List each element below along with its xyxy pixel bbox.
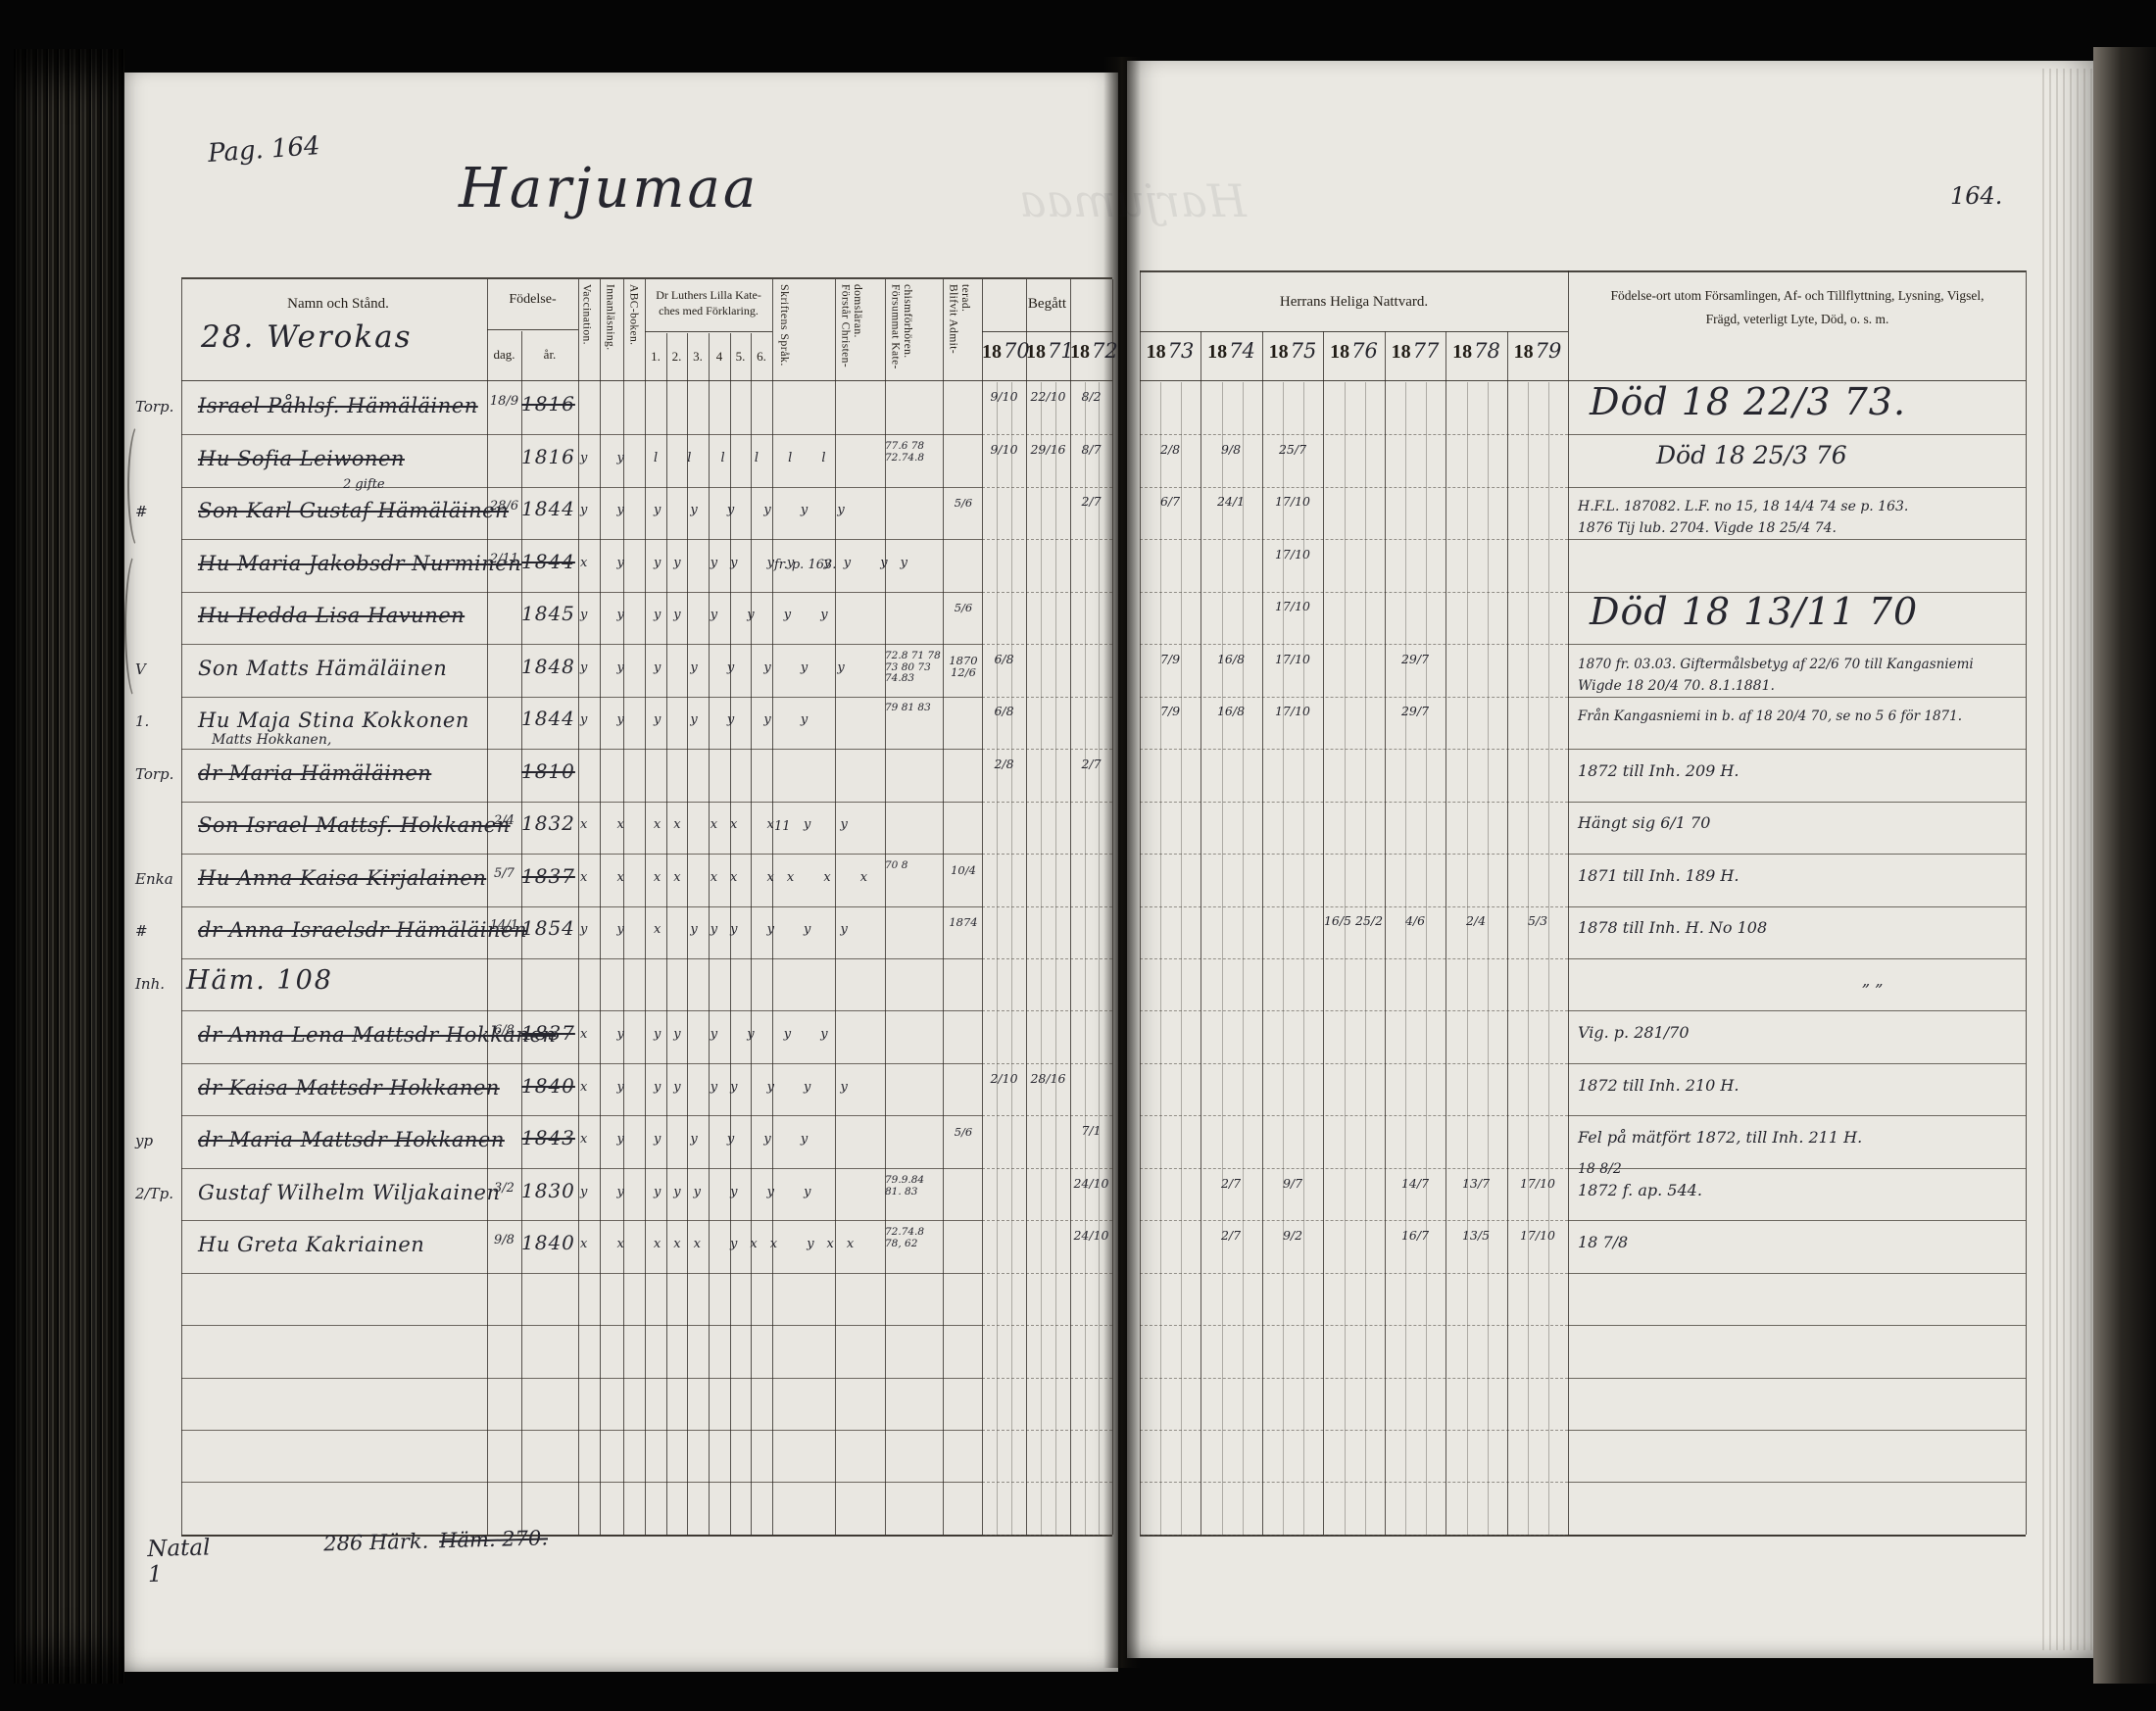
catechism-marks: y y yyy y y y bbox=[580, 1185, 900, 1199]
birth-day: 28/6 bbox=[487, 499, 521, 513]
admitted-mark: 5/6 bbox=[943, 602, 984, 613]
birth-day: 6/8 bbox=[487, 1023, 521, 1038]
birth-year: 1845 bbox=[521, 602, 578, 625]
communion-1876: 16/5 25/2 bbox=[1323, 914, 1384, 927]
communion-1873: 2/8 bbox=[1140, 443, 1200, 456]
birth-day: 2/4 bbox=[487, 813, 521, 828]
communion-1872: 2/7 bbox=[1070, 495, 1112, 508]
note: Hängt sig 6/1 70 bbox=[1578, 813, 1710, 832]
script-note: fr. p. 163. bbox=[774, 558, 836, 572]
admitted-mark: 5/6 bbox=[943, 497, 984, 509]
catechism-marks: x y yy y y y y bbox=[580, 1027, 900, 1042]
column-header-birth-day: dag. bbox=[487, 347, 521, 363]
year-printed: 18 bbox=[1070, 341, 1090, 363]
note: 1870 fr. 03.03. Giftermålsbetyg af 22/6 … bbox=[1578, 657, 1974, 672]
note: 1878 till Inh. H. No 108 bbox=[1578, 918, 1767, 937]
missed-exams: 77.6 78 72.74.8 bbox=[885, 441, 942, 464]
communion-1874: 2/7 bbox=[1200, 1229, 1261, 1242]
note: 1871 till Inh. 189 H. bbox=[1578, 866, 1739, 885]
table-row: Torp. dr Maria Hämäläinen 1810 2/8 2/7 1… bbox=[127, 754, 2048, 806]
communion-1870: 2/10 bbox=[982, 1072, 1026, 1085]
table-row: Hu Greta Kakriainen 9/8 1840 x x xxx yxx… bbox=[127, 1225, 2048, 1277]
communion-1877: 16/7 bbox=[1385, 1229, 1445, 1242]
year-printed: 18 bbox=[1452, 341, 1472, 363]
catechism-marks: y y y y y y y y bbox=[580, 503, 900, 517]
footer-text: Häm. 270. bbox=[439, 1526, 548, 1552]
year-header-1877: 1877 bbox=[1385, 339, 1445, 364]
column-header-understands: Förstår Christen- domsläran. bbox=[839, 284, 885, 378]
communion-1871: 28/16 bbox=[1026, 1072, 1070, 1085]
margin-note: V bbox=[135, 660, 146, 678]
person-name: Hu Hedda Lisa Havunen bbox=[198, 604, 465, 627]
missed-exams: 70 8 bbox=[885, 860, 942, 872]
column-header-birth: Födelse- bbox=[487, 292, 578, 308]
birth-year: 1848 bbox=[521, 655, 578, 678]
birth-year: 1840 bbox=[521, 1231, 578, 1254]
column-header-vaccination: Vaccination. bbox=[580, 284, 602, 378]
table-row: 2/Tp. Gustaf Wilhelm Wiljakainen 3/2 183… bbox=[127, 1173, 2048, 1225]
margin-note: # bbox=[135, 922, 148, 940]
note: 1872 till Inh. 210 H. bbox=[1578, 1076, 1739, 1095]
footer-text: Natal 1 bbox=[147, 1535, 211, 1588]
margin-note: 1. bbox=[135, 712, 149, 730]
birth-year: 1816 bbox=[521, 445, 578, 468]
year-printed: 18 bbox=[982, 341, 1002, 363]
column-header-reading: Innanläsning. bbox=[604, 284, 625, 378]
table-row: Hu Maria Jakobsdr Nurminen 2/11 1844 x y… bbox=[127, 544, 2048, 596]
table-row: dr Kaisa Mattsdr Hokkanen 1840 x y yy yy… bbox=[127, 1068, 2048, 1120]
year-script: 75 bbox=[1291, 339, 1317, 363]
year-header-1874: 1874 bbox=[1200, 339, 1262, 364]
book-fore-edge bbox=[14, 49, 125, 1684]
communion-1870: 6/8 bbox=[982, 653, 1026, 665]
birth-year: 1837 bbox=[521, 864, 578, 888]
year-header-1876: 1876 bbox=[1323, 339, 1385, 364]
communion-1870: 2/8 bbox=[982, 758, 1026, 770]
table-row: Son Israel Mattsf. Hokkanen 2/4 1832 x x… bbox=[127, 806, 2048, 857]
margin-note: Torp. bbox=[135, 398, 173, 416]
person-name: Israel Påhlsf. Hämäläinen bbox=[198, 394, 478, 417]
table-line bbox=[982, 1325, 1112, 1326]
communion-1877: 29/7 bbox=[1385, 653, 1445, 665]
person-name: dr Kaisa Mattsdr Hokkanen bbox=[198, 1076, 500, 1100]
page-title: Harjumaa bbox=[459, 157, 759, 220]
person-name: Hu Maria Jakobsdr Nurminen bbox=[198, 552, 521, 575]
table-row: dr Anna Lena Mattsdr Hokkanen 6/8 1837 x… bbox=[127, 1015, 2048, 1067]
communion-1878: 2/4 bbox=[1445, 914, 1506, 927]
birth-year: 1844 bbox=[521, 497, 578, 520]
table-row: Hu Sofia Leiwonen 1816 y y l l l l l l 7… bbox=[127, 439, 2048, 491]
communion-1874: 9/8 bbox=[1200, 443, 1261, 456]
table-line bbox=[181, 277, 1112, 279]
communion-1874: 16/8 bbox=[1200, 653, 1261, 665]
column-header-abc: ABC-boken. bbox=[627, 284, 647, 378]
year-script: 78 bbox=[1474, 339, 1500, 363]
birth-day: 2/11 bbox=[487, 552, 521, 566]
communion-1875: 17/10 bbox=[1262, 653, 1323, 665]
communion-1872: 24/10 bbox=[1070, 1177, 1112, 1190]
person-name: Son Israel Mattsf. Hokkanen bbox=[198, 813, 511, 837]
luther-part-5: 5. bbox=[730, 349, 751, 365]
year-script: 72 bbox=[1092, 339, 1118, 363]
communion-1879: 17/10 bbox=[1507, 1177, 1568, 1190]
catechism-marks: x y yy yy y y y bbox=[580, 1080, 900, 1095]
birth-year: 1843 bbox=[521, 1126, 578, 1149]
column-header-notes-2: Frägd, veterligt Lyte, Död, o. s. m. bbox=[1572, 312, 2023, 327]
table-line bbox=[645, 331, 772, 332]
catechism-marks: y y y y y y y bbox=[580, 712, 900, 727]
luther-part-1: 1. bbox=[645, 349, 666, 365]
margin-note: Enka bbox=[135, 870, 173, 888]
death-note: Död 18 25/3 76 bbox=[1656, 441, 1847, 469]
communion-1875: 17/10 bbox=[1262, 548, 1323, 561]
communion-1872: 8/2 bbox=[1070, 390, 1112, 403]
section-heading-row: Inh. Häm. 108 „ „ bbox=[127, 963, 2048, 1015]
footer-text: 286 Härk. bbox=[323, 1530, 429, 1556]
year-script: 73 bbox=[1168, 339, 1195, 363]
year-printed: 18 bbox=[1392, 341, 1411, 363]
catechism-marks: y y l l l l l l bbox=[580, 451, 900, 465]
missed-exams: 79 81 83 bbox=[885, 703, 942, 714]
birth-year: 1854 bbox=[521, 916, 578, 940]
communion-1872: 7/1 bbox=[1070, 1124, 1112, 1137]
communion-1875: 9/7 bbox=[1262, 1177, 1323, 1190]
interlinear-note: 2 gifte bbox=[343, 477, 385, 492]
margin-note: # bbox=[135, 503, 148, 520]
note: 1872 till Inh. 209 H. bbox=[1578, 761, 1739, 780]
catechism-marks: x x xx xx x y y bbox=[580, 817, 900, 832]
column-header-nattvard: Herrans Heliga Nattvard. bbox=[1140, 294, 1568, 311]
communion-1873: 6/7 bbox=[1140, 495, 1200, 508]
note: Wigde 18 20/4 70. 8.1.1881. bbox=[1578, 678, 1775, 694]
year-printed: 18 bbox=[1514, 341, 1534, 363]
year-header-1878: 1878 bbox=[1445, 339, 1507, 364]
column-header-birth-year: år. bbox=[521, 347, 578, 363]
table-line bbox=[181, 1482, 982, 1483]
table-line bbox=[1140, 1535, 2026, 1537]
communion-1872: 8/7 bbox=[1070, 443, 1112, 456]
table-line bbox=[1140, 1482, 1568, 1483]
table-row: V Son Matts Hämäläinen 1848 y y y y y y … bbox=[127, 649, 2048, 701]
note: 18 8/2 bbox=[1578, 1161, 1622, 1177]
table-row: Hu Hedda Lisa Havunen 1845 y y yy y y y … bbox=[127, 596, 2048, 648]
table-line bbox=[181, 1378, 982, 1379]
column-header-luther-1: Dr Luthers Lilla Kate- bbox=[645, 288, 772, 303]
spouse-note: Matts Hokkanen, bbox=[212, 732, 331, 748]
birth-day: 9/8 bbox=[487, 1233, 521, 1247]
year-printed: 18 bbox=[1147, 341, 1166, 363]
page-number: 164. bbox=[1950, 182, 2002, 210]
table-line bbox=[982, 1378, 1112, 1379]
table-line bbox=[1140, 270, 2026, 272]
table-line bbox=[1568, 1378, 2026, 1379]
birth-year: 1840 bbox=[521, 1074, 578, 1098]
note: 18 7/8 bbox=[1578, 1233, 1628, 1251]
note: Fel på mätfört 1872, till Inh. 211 H. bbox=[1578, 1128, 1862, 1147]
person-name: Son Karl Gustaf Hämäläinen bbox=[198, 499, 509, 522]
bleed-through-title: Harjumaa bbox=[1019, 174, 1247, 227]
year-script: 74 bbox=[1229, 339, 1255, 363]
communion-1877: 4/6 bbox=[1385, 914, 1445, 927]
year-script: 76 bbox=[1351, 339, 1378, 363]
missed-exams: 72.8 71 78 73 80 73 74.83 bbox=[885, 651, 942, 685]
table-line bbox=[181, 1325, 982, 1326]
table-line bbox=[1568, 1482, 2026, 1483]
birth-year: 1844 bbox=[521, 707, 578, 730]
communion-1875: 17/10 bbox=[1262, 600, 1323, 612]
year-script: 79 bbox=[1536, 339, 1562, 363]
year-header-1875: 1875 bbox=[1262, 339, 1323, 364]
note: Vig. p. 281/70 bbox=[1578, 1023, 1690, 1042]
communion-1875: 9/2 bbox=[1262, 1229, 1323, 1242]
column-header-luther-2: ches med Förklaring. bbox=[645, 304, 772, 318]
communion-1870: 9/10 bbox=[982, 443, 1026, 456]
admitted-mark: 1874 bbox=[943, 916, 984, 928]
person-name: Son Matts Hämäläinen bbox=[198, 657, 447, 680]
section-heading: Häm. 108 bbox=[186, 965, 333, 996]
year-script: 77 bbox=[1413, 339, 1440, 363]
communion-1872: 2/7 bbox=[1070, 758, 1112, 770]
year-header-1872: 1872 bbox=[1070, 339, 1112, 364]
year-header-1871: 1871 bbox=[1026, 339, 1070, 364]
admitted-mark: 1870 12/6 bbox=[943, 655, 984, 678]
birth-year: 1830 bbox=[521, 1179, 578, 1202]
communion-1879: 5/3 bbox=[1507, 914, 1568, 927]
page-edge-fan bbox=[2042, 69, 2095, 1650]
table-line bbox=[1140, 1378, 1568, 1379]
year-header-1873: 1873 bbox=[1140, 339, 1200, 364]
communion-1874: 2/7 bbox=[1200, 1177, 1261, 1190]
catechism-marks: x y y y y y y bbox=[580, 1132, 900, 1147]
person-name: Hu Greta Kakriainen bbox=[198, 1233, 424, 1256]
village-heading: 28. Werokas bbox=[201, 319, 413, 355]
birth-year: 1844 bbox=[521, 550, 578, 573]
book-right-edge bbox=[2093, 47, 2156, 1684]
table-line bbox=[982, 331, 1112, 332]
catechism-marks: x y yy yy yy yy yy bbox=[580, 556, 900, 570]
person-name: Hu Sofia Leiwonen bbox=[198, 447, 405, 470]
scanned-book-spread: Harjumaa Pag. 164 Harjumaa 164. Namn och… bbox=[0, 0, 2156, 1711]
table-row: # 2 gifte Son Karl Gustaf Hämäläinen 28/… bbox=[127, 491, 2048, 543]
missed-exams: 72.74.8 78, 62 bbox=[885, 1227, 942, 1249]
table-line bbox=[181, 1535, 1112, 1537]
communion-1871: 22/10 bbox=[1026, 390, 1070, 403]
person-name: dr Maria Mattsdr Hokkanen bbox=[198, 1128, 505, 1151]
margin-note: 2/Tp. bbox=[135, 1185, 173, 1202]
communion-1878: 13/5 bbox=[1445, 1229, 1506, 1242]
catechism-marks: y y x yyy y y y bbox=[580, 922, 900, 937]
table-line bbox=[1140, 1325, 1568, 1326]
birth-year: 1837 bbox=[521, 1021, 578, 1045]
birth-year: 1810 bbox=[521, 759, 578, 783]
catechism-marks: x x xx xx xx x x bbox=[580, 870, 900, 885]
birth-year: 1816 bbox=[521, 392, 578, 416]
table-line bbox=[982, 1430, 1112, 1431]
table-row: 1. Hu Maja Stina Kokkonen Matts Hokkanen… bbox=[127, 701, 2048, 753]
birth-day: 5/7 bbox=[487, 866, 521, 881]
catechism-marks: y y y y y y y y bbox=[580, 660, 900, 675]
death-note: Död 18 22/3 73. bbox=[1590, 380, 1906, 423]
table-line bbox=[181, 1430, 982, 1431]
table-row: Enka Hu Anna Kaisa Kirjalainen 5/7 1837 … bbox=[127, 858, 2048, 910]
luther-part-6: 6. bbox=[751, 349, 772, 365]
birth-day: 14/1 bbox=[487, 918, 521, 933]
catechism-marks: x x xxx yxx yxx bbox=[580, 1237, 900, 1251]
column-header-name: Namn och Stånd. bbox=[196, 296, 480, 313]
communion-1871: 29/16 bbox=[1026, 443, 1070, 456]
communion-1870: 6/8 bbox=[982, 705, 1026, 717]
year-printed: 18 bbox=[1207, 341, 1227, 363]
death-note: Död 18 13/11 70 bbox=[1590, 590, 1918, 633]
communion-1875: 25/7 bbox=[1262, 443, 1323, 456]
table-line bbox=[1140, 331, 1568, 332]
table-line bbox=[1568, 1325, 2026, 1326]
table-line bbox=[181, 380, 1112, 381]
communion-1877: 14/7 bbox=[1385, 1177, 1445, 1190]
communion-1875: 17/10 bbox=[1262, 705, 1323, 717]
table-line bbox=[1140, 1430, 1568, 1431]
table-line bbox=[1568, 1430, 2026, 1431]
communion-1878: 13/7 bbox=[1445, 1177, 1506, 1190]
ditto-marks: „ „ bbox=[1862, 971, 1884, 990]
note: 1876 Tij lub. 2704. Vigde 18 25/4 74. bbox=[1578, 520, 1837, 536]
margin-note: Inh. bbox=[135, 975, 165, 993]
script-note: 11 bbox=[774, 819, 791, 834]
person-name: dr Maria Hämäläinen bbox=[198, 761, 431, 785]
communion-1875: 17/10 bbox=[1262, 495, 1323, 508]
communion-1874: 16/8 bbox=[1200, 705, 1261, 717]
year-printed: 18 bbox=[1269, 341, 1289, 363]
admitted-mark: 5/6 bbox=[943, 1126, 984, 1138]
communion-1873: 7/9 bbox=[1140, 705, 1200, 717]
table-row: yp dr Maria Mattsdr Hokkanen 1843 x y y … bbox=[127, 1120, 2048, 1172]
note: H.F.L. 187082. L.F. no 15, 18 14/4 74 se… bbox=[1578, 499, 1908, 514]
margin-note: yp bbox=[135, 1132, 153, 1149]
birth-day: 18/9 bbox=[487, 394, 521, 409]
person-name: Gustaf Wilhelm Wiljakainen bbox=[198, 1181, 501, 1204]
person-name: Hu Anna Kaisa Kirjalainen bbox=[198, 866, 486, 890]
table-line bbox=[487, 329, 578, 330]
communion-1877: 29/7 bbox=[1385, 705, 1445, 717]
missed-exams: 79.9.84 81. 83 bbox=[885, 1175, 942, 1198]
luther-part-2: 2. bbox=[666, 349, 687, 365]
person-name: dr Anna Israelsdr Hämäläinen bbox=[198, 918, 527, 942]
birth-day: 3/2 bbox=[487, 1181, 521, 1196]
communion-1872: 24/10 bbox=[1070, 1229, 1112, 1242]
column-header-missed: Försummat Kate- chismförhören. bbox=[889, 284, 943, 378]
column-header-admitted: Blifvit Admit- terad. bbox=[947, 284, 982, 378]
person-name: Hu Maja Stina Kokkonen bbox=[198, 709, 469, 732]
communion-1874: 24/1 bbox=[1200, 495, 1261, 508]
year-printed: 18 bbox=[1330, 341, 1349, 363]
year-header-1879: 1879 bbox=[1507, 339, 1568, 364]
communion-1873: 7/9 bbox=[1140, 653, 1200, 665]
year-printed: 18 bbox=[1026, 341, 1046, 363]
note: Från Kangasniemi in b. af 18 20/4 70, se… bbox=[1578, 709, 1962, 724]
note: 1872 f. ap. 544. bbox=[1578, 1181, 1702, 1199]
margin-note: Torp. bbox=[135, 765, 173, 783]
catechism-marks: y y yy y y y y bbox=[580, 608, 900, 622]
luther-part-3: 3. bbox=[687, 349, 709, 365]
communion-1870: 9/10 bbox=[982, 390, 1026, 403]
year-header-1870: 1870 bbox=[982, 339, 1026, 364]
table-row: Torp. Israel Påhlsf. Hämäläinen 18/9 181… bbox=[127, 386, 2048, 438]
column-header-begatt: Begått bbox=[982, 296, 1112, 313]
table-line bbox=[982, 1482, 1112, 1483]
admitted-mark: 10/4 bbox=[943, 864, 984, 876]
communion-1879: 17/10 bbox=[1507, 1229, 1568, 1242]
column-header-script: Skriftens Språk. bbox=[778, 284, 835, 378]
birth-year: 1832 bbox=[521, 811, 578, 835]
table-row: # dr Anna Israelsdr Hämäläinen 14/1 1854… bbox=[127, 910, 2048, 962]
luther-part-4: 4 bbox=[709, 349, 730, 365]
column-header-notes-1: Födelse-ort utom Församlingen, Af- och T… bbox=[1572, 288, 2023, 304]
